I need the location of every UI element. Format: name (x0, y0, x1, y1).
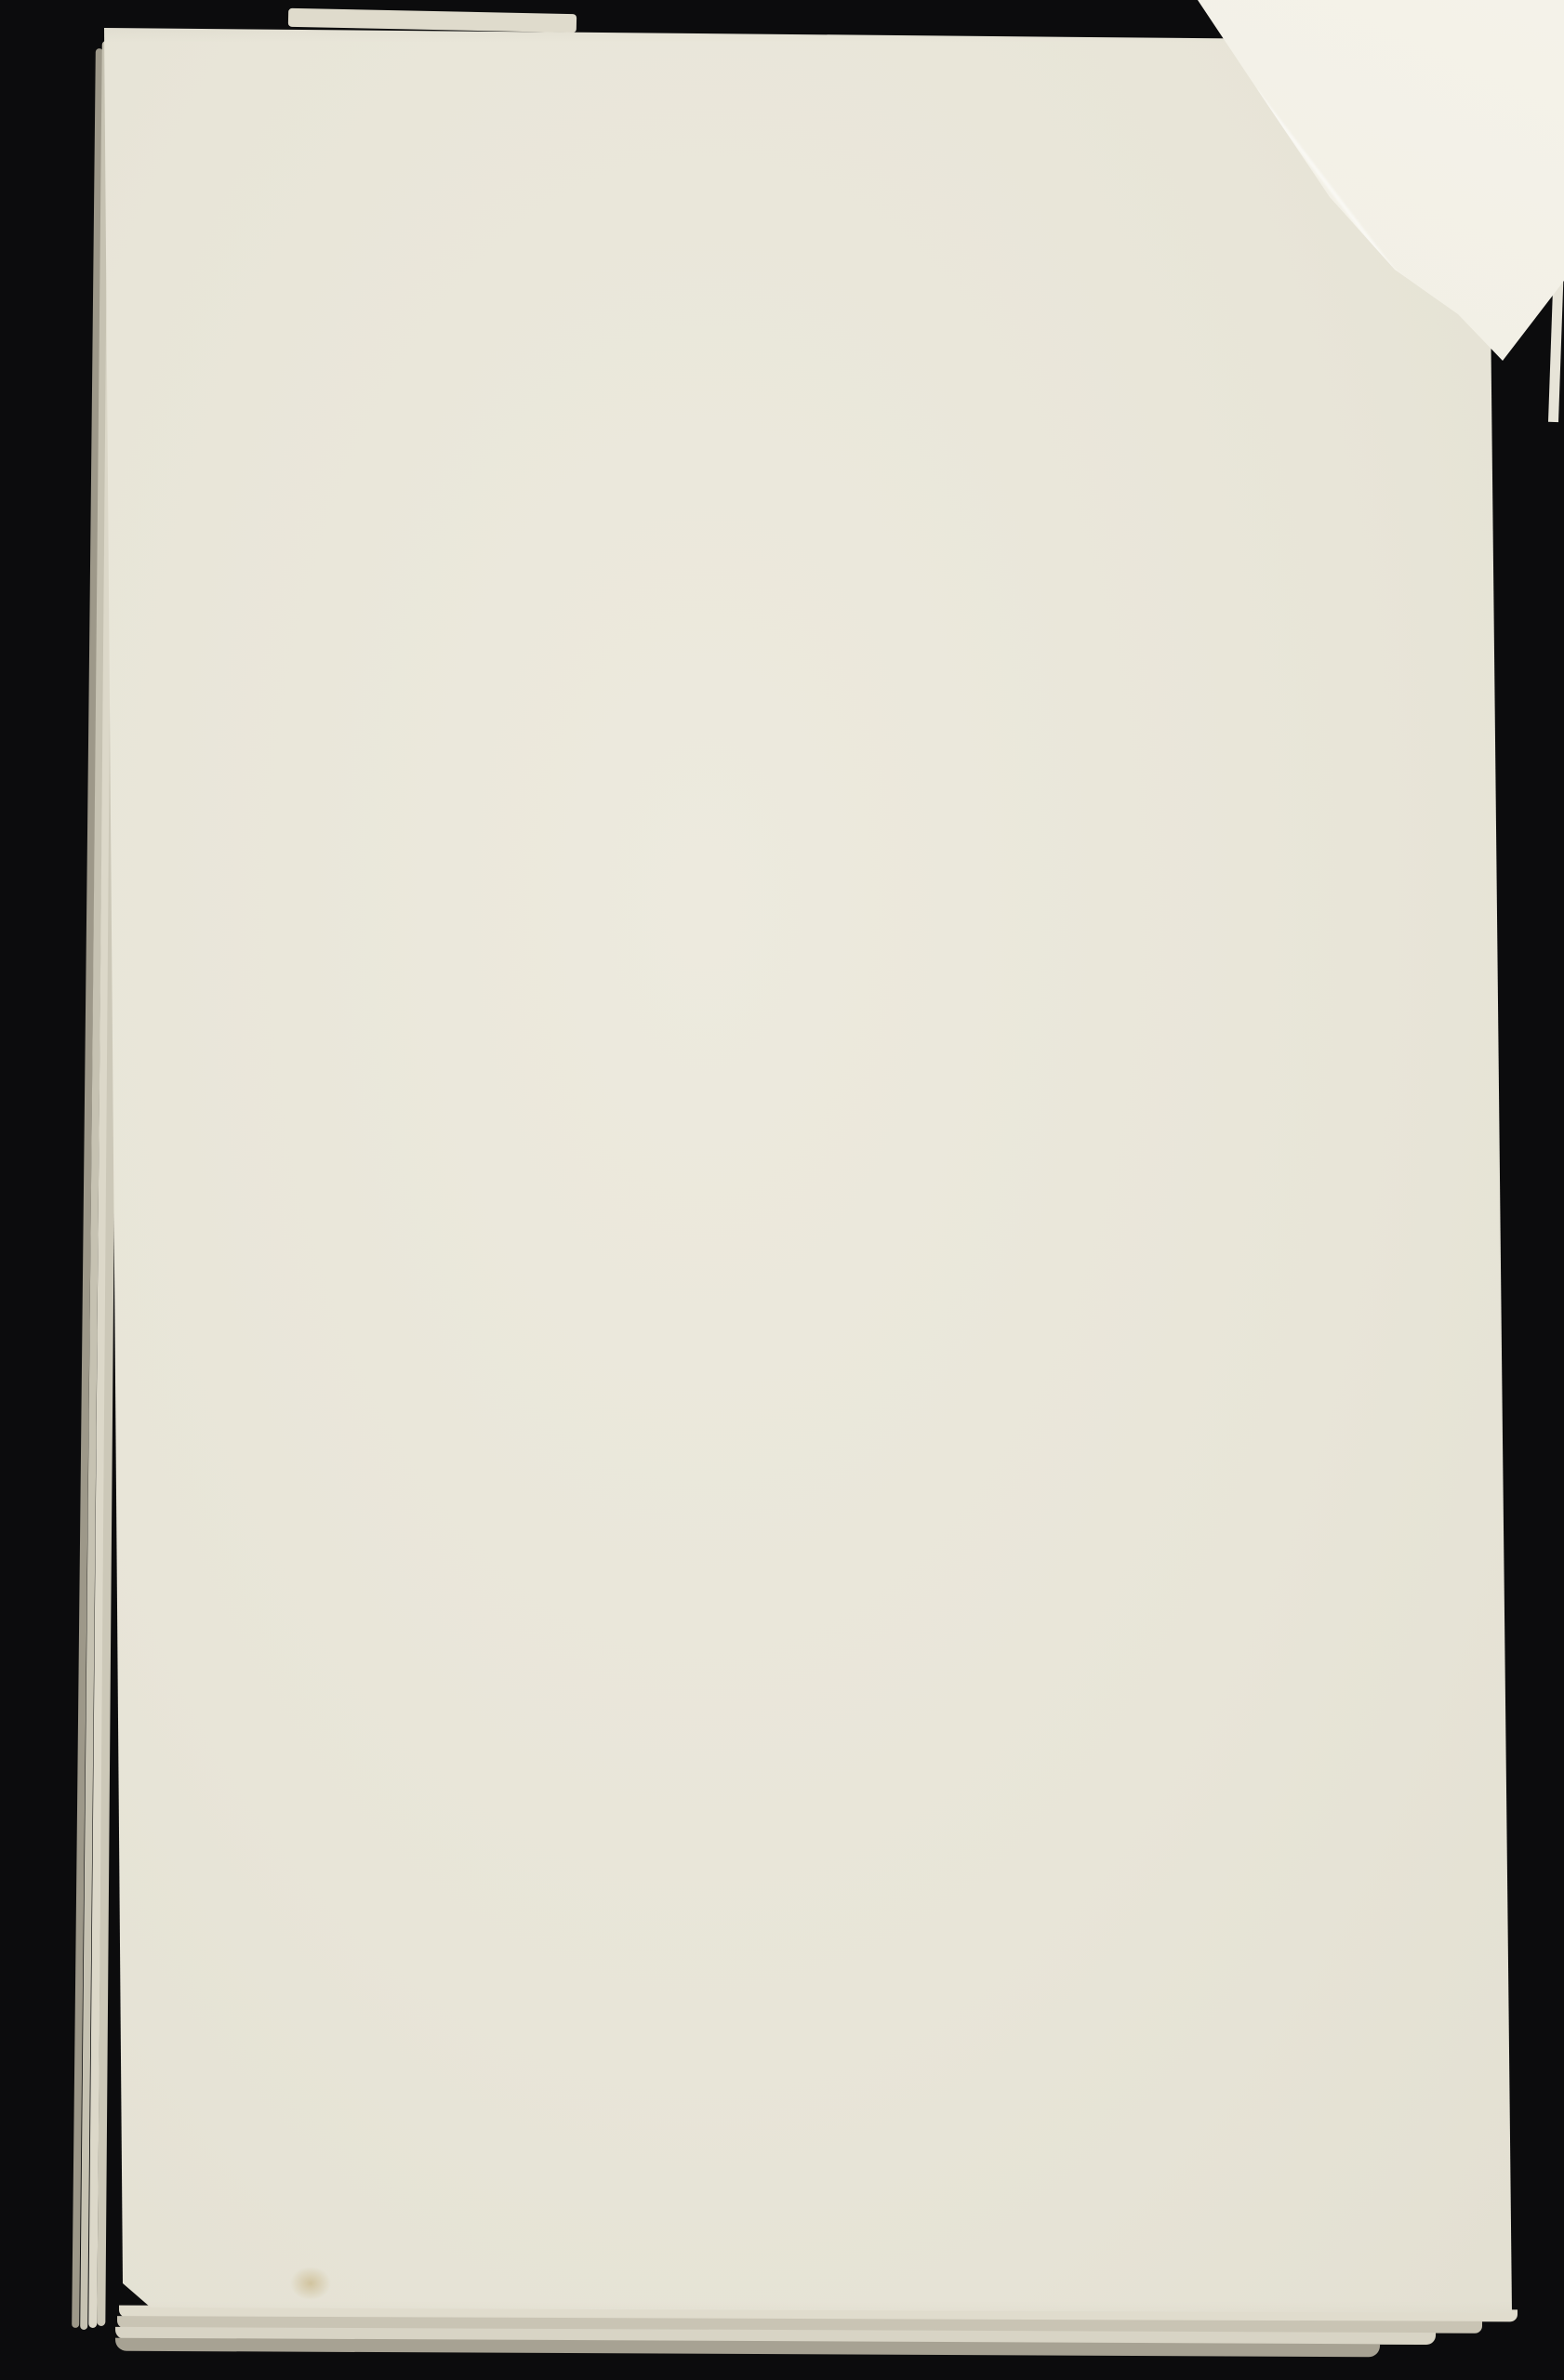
page-stack-top-edge (288, 8, 577, 33)
photo-background (0, 0, 1564, 2380)
corner-sheet-text-fragment (1448, 0, 1509, 81)
scanned-page (0, 0, 1564, 2380)
transcript-text (0, 0, 1564, 2380)
corner-sheet-text-fragment (1500, 0, 1564, 152)
stain (290, 2267, 331, 2300)
